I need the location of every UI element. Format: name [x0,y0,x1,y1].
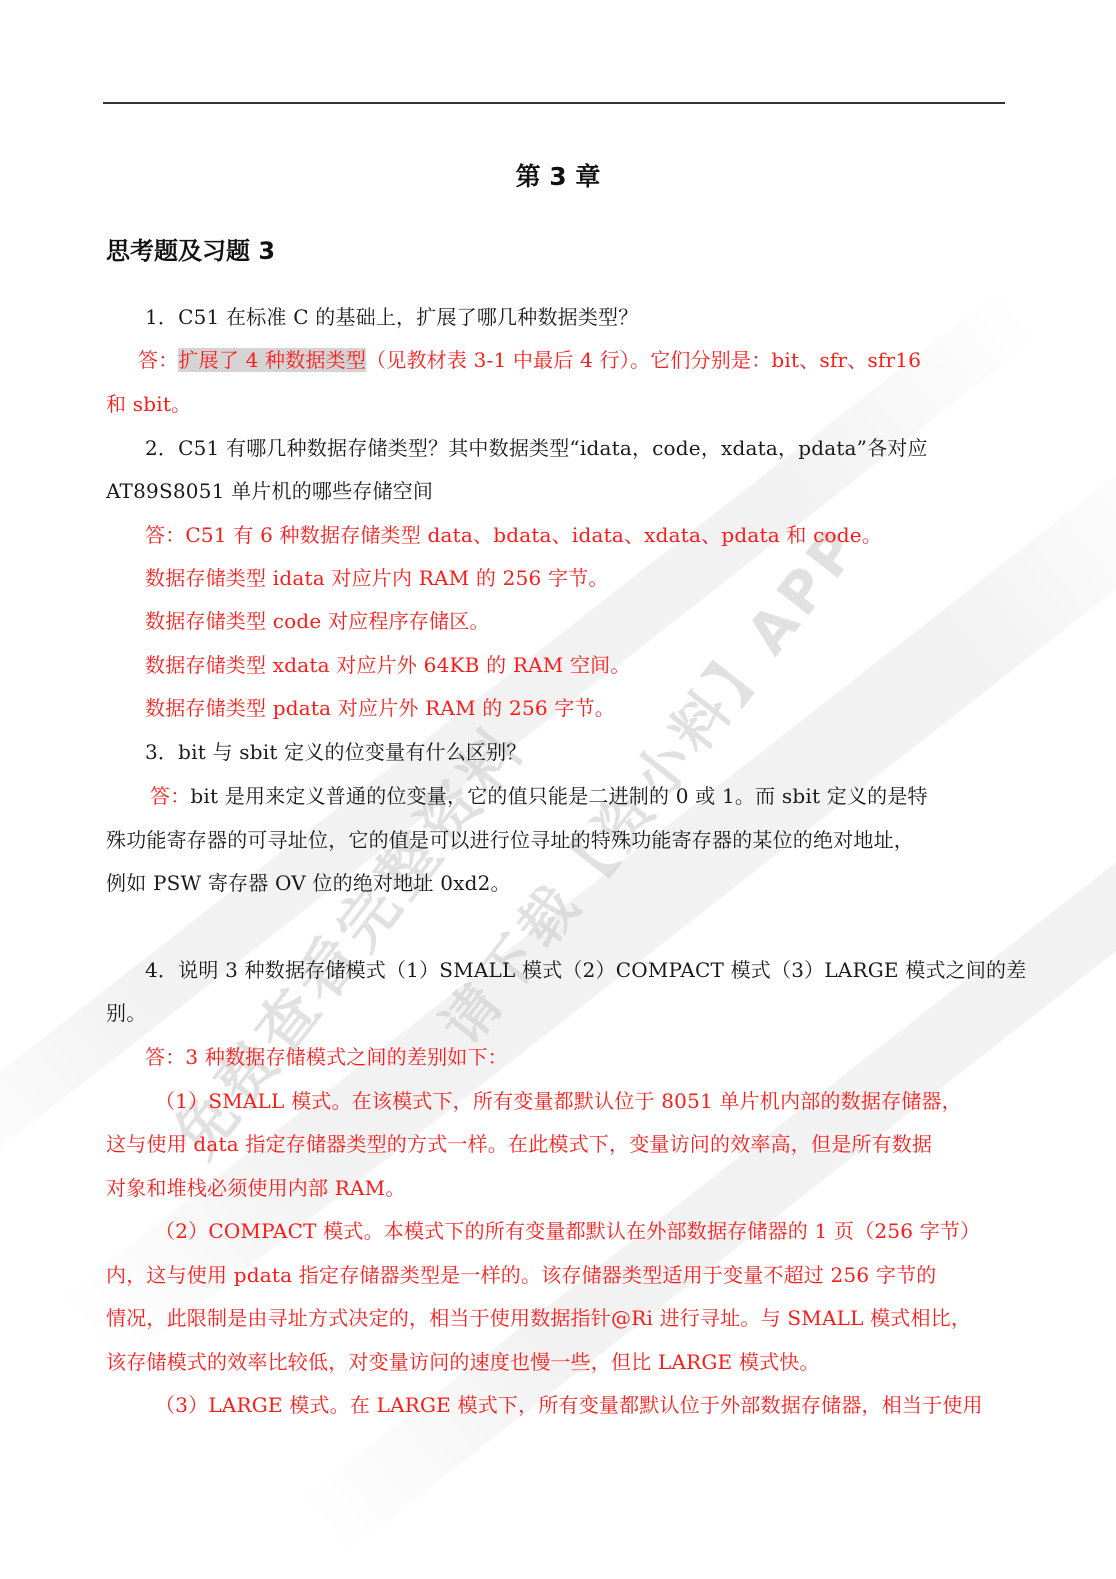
answer-3-line-2: 殊功能寄存器的可寻址位，它的值是可以进行位寻址的特殊功能寄存器的某位的绝对地址， [106,826,914,854]
answer-4-line-9: （3）LARGE 模式。在 LARGE 模式下，所有变量都默认位于外部数据存储器… [155,1391,983,1419]
question-4-line-2: 别。 [106,999,146,1027]
answer-1-highlight: 扩展了 4 种数据类型 [178,348,366,372]
answer-4-line-7: 情况，此限制是由寻址方式决定的，相当于使用数据指针@Ri 进行寻址。与 SMAL… [106,1304,971,1332]
answer-1-rest: （见教材表 3-1 中最后 4 行）。它们分别是：bit、sfr、sfr16 [366,348,921,372]
question-2-line-2: AT89S8051 单片机的哪些存储空间 [106,477,433,505]
document-content: 第 3 章 思考题及习题 3 1．C51 在标准 C 的基础上，扩展了哪几种数据… [0,0,1116,1579]
answer-2-line-4: 数据存储类型 xdata 对应片外 64KB 的 RAM 空间。 [145,651,631,679]
answer-1-line-1: 答：扩展了 4 种数据类型（见教材表 3-1 中最后 4 行）。它们分别是：bi… [138,346,921,374]
section-title: 思考题及习题 3 [106,234,275,268]
answer-3-prefix: 答： [150,784,190,808]
answer-4-line-2: （1）SMALL 模式。在该模式下，所有变量都默认位于 8051 单片机内部的数… [155,1087,962,1115]
answer-4-line-8: 该存储模式的效率比较低，对变量访问的速度也慢一些，但比 LARGE 模式快。 [106,1348,820,1376]
answer-4-line-6: 内，这与使用 pdata 指定存储器类型是一样的。该存储器类型适用于变量不超过 … [106,1261,937,1289]
answer-3-line-1: 答：bit 是用来定义普通的位变量，它的值只能是二进制的 0 或 1。而 sbi… [150,782,928,810]
question-1-text: 1．C51 在标准 C 的基础上，扩展了哪几种数据类型？ [145,303,638,331]
answer-4-line-1: 答：3 种数据存储模式之间的差别如下： [145,1043,508,1071]
answer-1-line-2: 和 sbit。 [106,390,191,418]
answer-4-line-3: 这与使用 data 指定存储器类型的方式一样。在此模式下，变量访问的效率高，但是… [106,1130,932,1158]
answer-2-line-3: 数据存储类型 code 对应程序存储区。 [145,607,490,635]
question-3-text: 3．bit 与 sbit 定义的位变量有什么区别？ [145,738,527,766]
answer-4-line-4: 对象和堆栈必须使用内部 RAM。 [106,1174,406,1202]
answer-4-line-5: （2）COMPACT 模式。本模式下的所有变量都默认在外部数据存储器的 1 页（… [155,1217,980,1245]
answer-3-text: bit 是用来定义普通的位变量，它的值只能是二进制的 0 或 1。而 sbit … [190,784,927,808]
answer-2-line-1: 答：C51 有 6 种数据存储类型 data、bdata、idata、xdata… [145,521,882,549]
answer-2-line-5: 数据存储类型 pdata 对应片外 RAM 的 256 字节。 [145,694,615,722]
question-2-line-1: 2．C51 有哪几种数据存储类型？其中数据类型“idata，code，xdata… [145,434,928,462]
document-page: 免费查看完整资料 请下载【资小料】APP 第 3 章 思考题及习题 3 1．C5… [0,0,1116,1579]
answer-1-prefix: 答： [138,348,178,372]
answer-2-line-2: 数据存储类型 idata 对应片内 RAM 的 256 字节。 [145,564,609,592]
question-4-line-1: 4．说明 3 种数据存储模式（1）SMALL 模式（2）COMPACT 模式（3… [145,956,1026,984]
answer-3-line-3: 例如 PSW 寄存器 OV 位的绝对地址 0xd2。 [106,869,511,897]
chapter-title: 第 3 章 [0,160,1116,194]
